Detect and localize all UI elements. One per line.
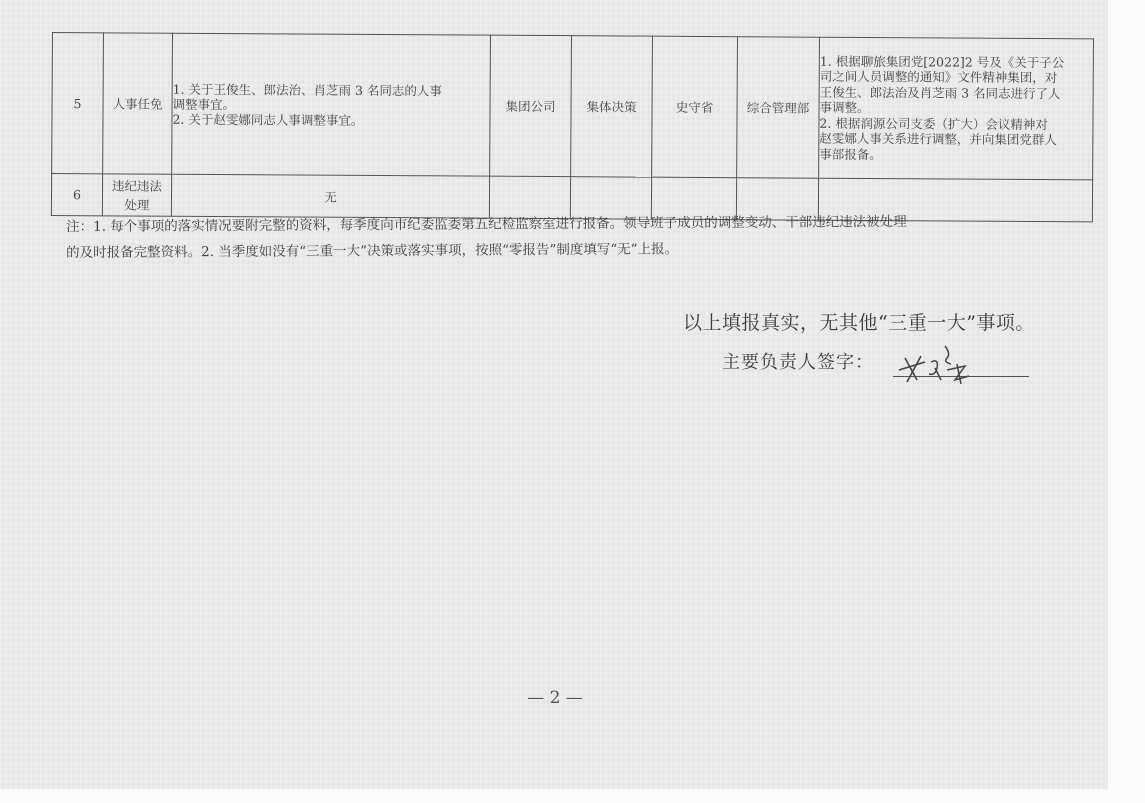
row-decision-mode: 集体决策	[571, 36, 653, 177]
content-line: 调整事宜。	[173, 96, 490, 113]
row-index: 6	[51, 174, 102, 216]
category-line: 违纪违法	[103, 176, 171, 195]
row-category: 违纪违法 处理	[102, 174, 171, 216]
category-line: 处理	[103, 195, 171, 214]
row-responsible-person: 史守省	[652, 36, 738, 178]
basis-line: 2. 根据润源公司支委（扩大）会议精神对	[819, 115, 1092, 132]
scanned-page: 5 人事任免 1. 关于王俊生、郎法治、肖芝雨 3 名同志的人事 调整事宜。 2…	[0, 0, 1108, 789]
signature-label: 主要负责人签字：	[722, 348, 874, 374]
row-basis: 1. 根据聊旅集团党[2022]2 号及《关于子公 司之间人员调整的通知》文件精…	[819, 37, 1094, 180]
row-department: 综合管理部	[737, 37, 820, 178]
page-number: — 2 —	[505, 688, 605, 708]
row-category: 人事任免	[103, 33, 173, 174]
basis-line: 王俊生、郎法治及肖芝雨 3 名同志进行了人	[820, 84, 1093, 101]
content-line: 1. 关于王俊生、郎法治、肖芝雨 3 名同志的人事	[173, 81, 490, 98]
note-line-2: 的及时报备完整资料。2. 当季度如没有“三重一大”决策或落实事项，按照“零报告”…	[66, 234, 1076, 266]
three-important-one-large-table: 5 人事任免 1. 关于王俊生、郎法治、肖芝雨 3 名同志的人事 调整事宜。 2…	[51, 32, 1094, 222]
row-level: 集团公司	[490, 35, 572, 176]
basis-line: 事部报备。	[819, 146, 1092, 163]
declaration-text: 以上填报真实，无其他“三重一大”事项。	[683, 308, 1035, 335]
row-index: 5	[52, 33, 104, 174]
basis-line: 事调整。	[820, 100, 1093, 117]
basis-line: 司之间人员调整的通知》文件精神集团，对	[820, 69, 1093, 86]
row-content: 1. 关于王俊生、郎法治、肖芝雨 3 名同志的人事 调整事宜。 2. 关于赵雯娜…	[172, 33, 491, 176]
handwritten-signature-icon	[895, 340, 985, 390]
basis-line: 1. 根据聊旅集团党[2022]2 号及《关于子公	[820, 53, 1093, 70]
basis-line: 赵雯娜人事关系进行调整，并向集团党群人	[819, 131, 1092, 148]
content-line: 2. 关于赵雯娜同志人事调整事宜。	[172, 111, 489, 128]
table-row: 5 人事任免 1. 关于王俊生、郎法治、肖芝雨 3 名同志的人事 调整事宜。 2…	[52, 33, 1094, 180]
